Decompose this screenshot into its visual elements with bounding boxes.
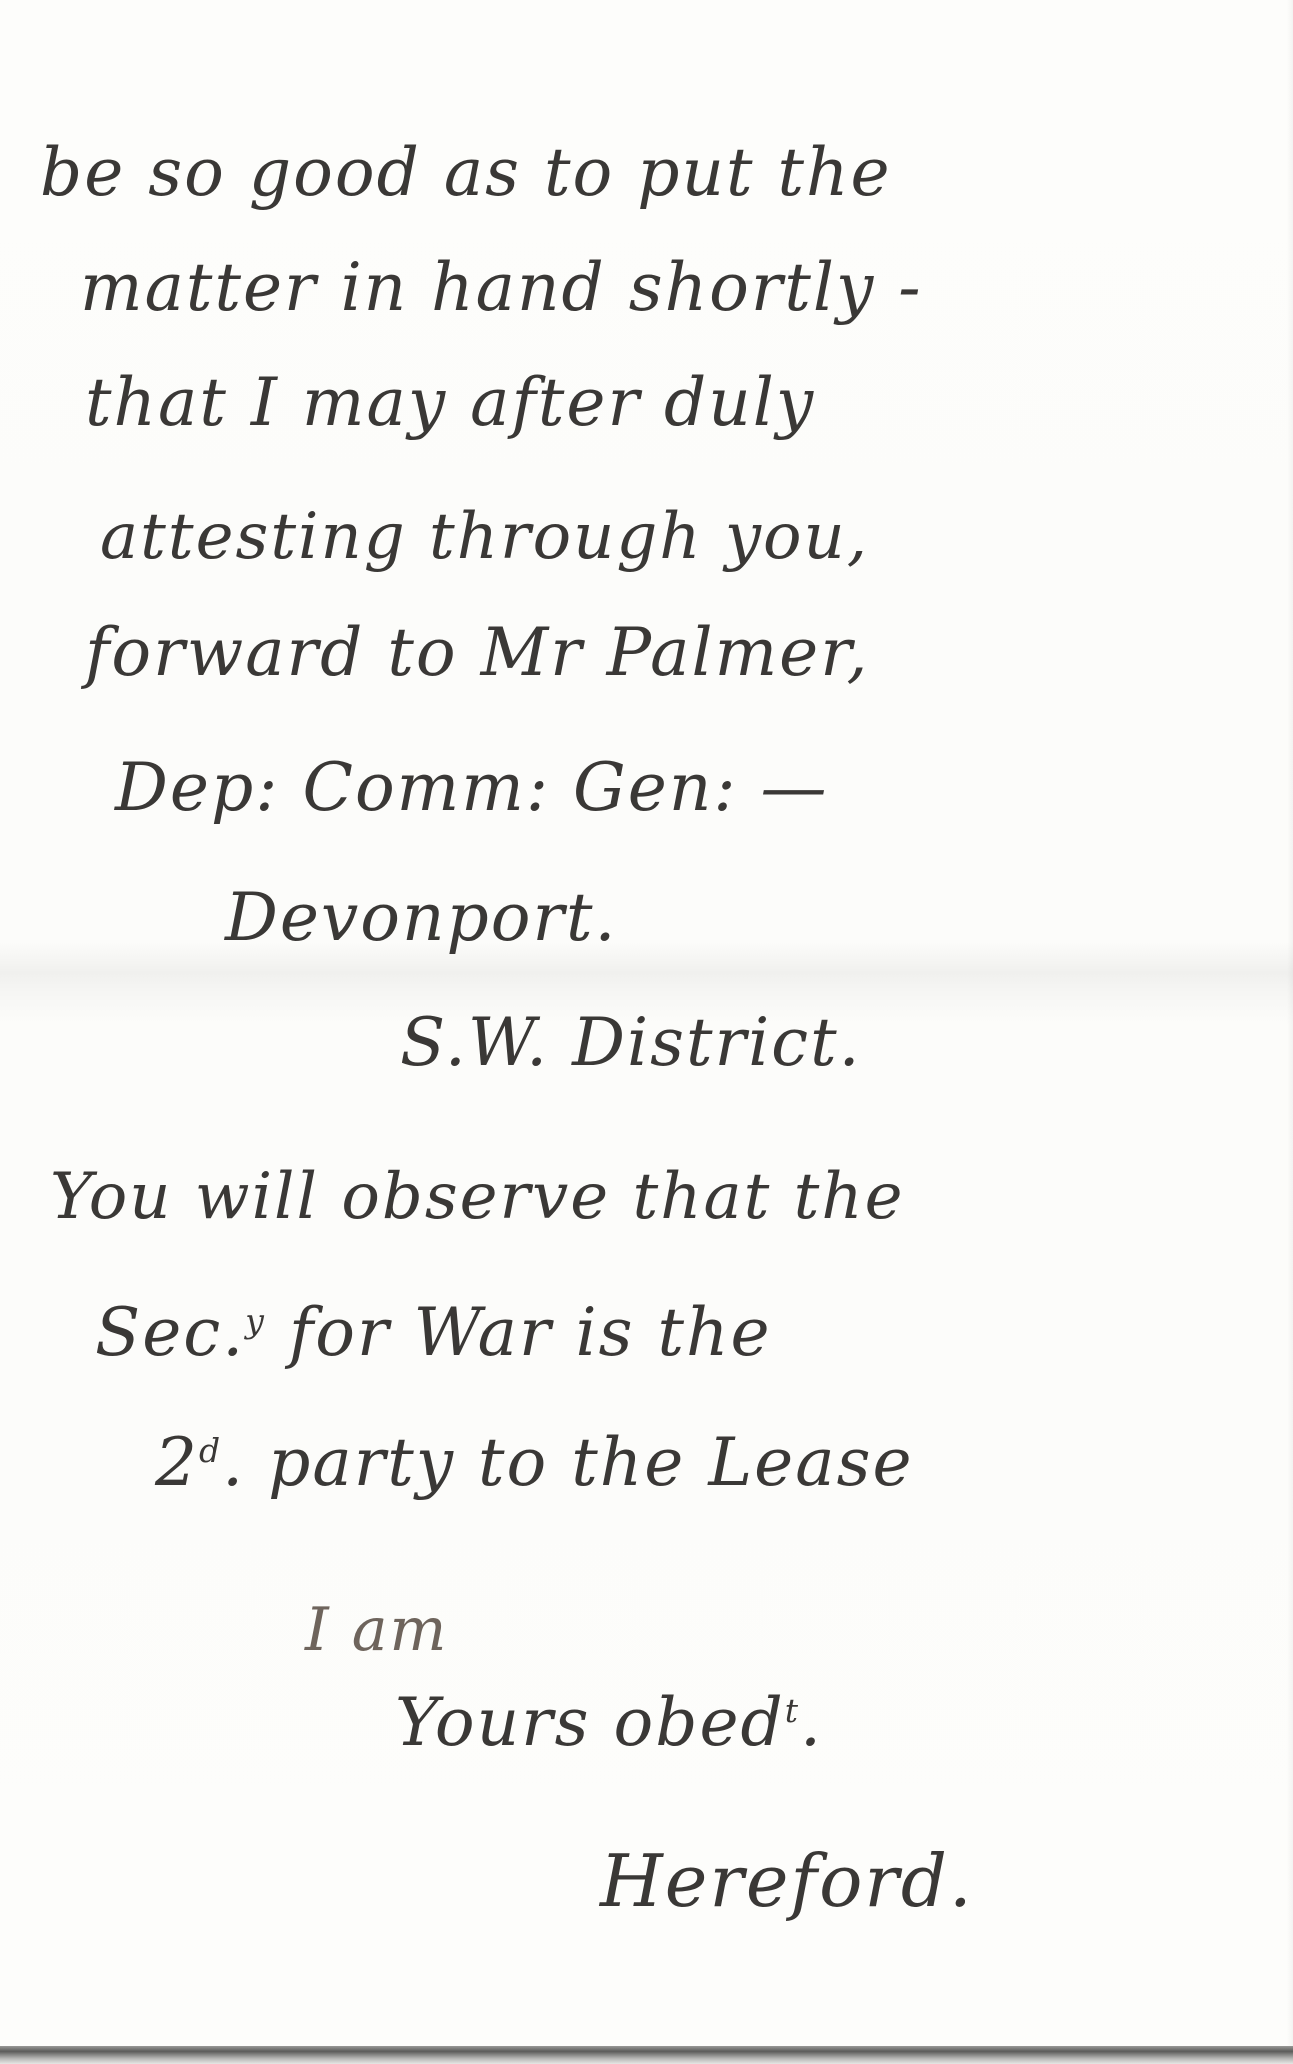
paper-edge-shadow xyxy=(1287,0,1293,2048)
paper-bottom-edge xyxy=(0,2046,1293,2064)
letter-line-4: attesting through you, xyxy=(100,505,869,569)
closing-line-1: I am xyxy=(305,1595,448,1665)
letter-line-10: Sec.y for War is the xyxy=(95,1300,772,1366)
closing-yours: Yours obedt. xyxy=(395,1690,823,1756)
second-superscript: d xyxy=(199,1431,222,1470)
signature: Hereford. xyxy=(600,1845,974,1917)
obed-superscript: t xyxy=(785,1691,800,1730)
sec-abbrev: Sec. xyxy=(95,1294,245,1371)
party-rest: party to the Lease xyxy=(268,1424,913,1501)
letter-line-1: be so good as to put the xyxy=(40,140,892,206)
sec-rest: for War is the xyxy=(289,1294,772,1371)
second-number: 2 xyxy=(155,1424,199,1501)
letter-line-9: You will observe that the xyxy=(50,1165,904,1229)
letter-line-11: 2d. party to the Lease xyxy=(155,1430,914,1496)
letter-line-6: Dep: Comm: Gen: — xyxy=(115,755,829,821)
letter-line-2: matter in hand shortly - xyxy=(80,255,923,321)
letter-line-8: S.W. District. xyxy=(400,1010,862,1076)
letter-line-7: Devonport. xyxy=(225,885,618,951)
letter-line-5: forward to Mr Palmer, xyxy=(85,620,870,686)
closing-i-am: I am xyxy=(305,1600,448,1660)
sec-superscript: y xyxy=(245,1301,266,1340)
letter-line-3: that I may after duly xyxy=(85,370,815,436)
closing-line-2: Yours obed xyxy=(395,1684,785,1761)
